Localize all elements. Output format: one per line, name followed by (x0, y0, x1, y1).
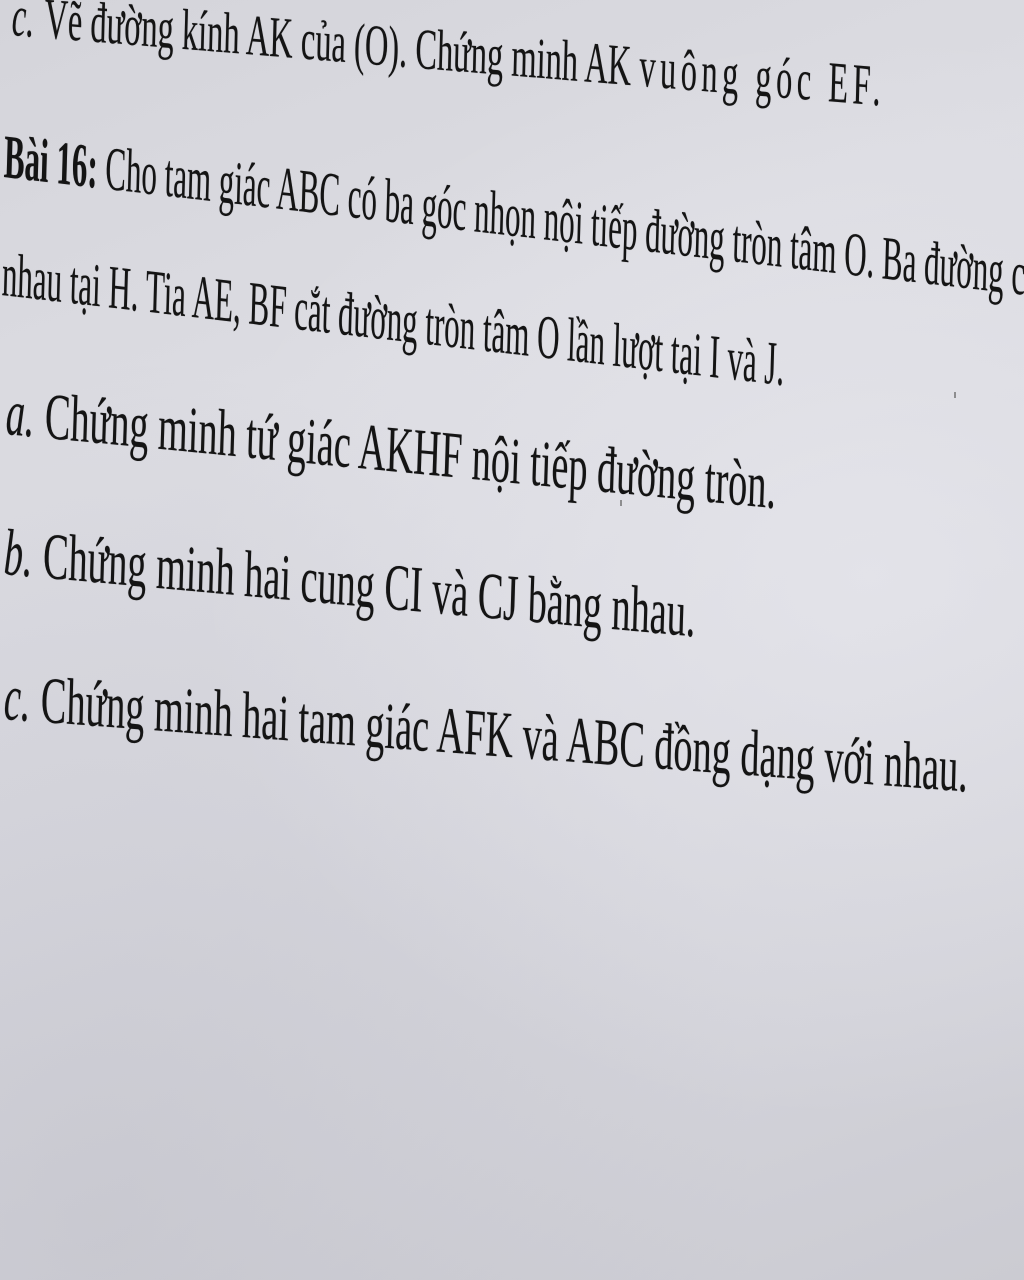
item-label: c. (11, 0, 35, 51)
part-c: c.Chứng minh hai tam giác AFK và ABC đồn… (3, 660, 969, 808)
previous-item-c: c.Vẽ đường kính AK của (O). Chứng minh A… (11, 0, 886, 120)
paper-speck (954, 392, 956, 398)
part-a: a.Chứng minh tứ giác AKHF nội tiếp đường… (5, 375, 778, 525)
part-text: Chứng minh hai cung CI và CJ bằng nhau. (42, 520, 697, 652)
part-b: b.Chứng minh hai cung CI và CJ bằng nhau… (3, 515, 697, 653)
part-text: Chứng minh hai tam giác AFK và ABC đồng … (40, 664, 969, 807)
part-label: c. (3, 660, 31, 738)
item-text-tail: vuông góc EF. (639, 34, 886, 119)
part-label: a. (5, 375, 36, 454)
problem-title: Bài 16: (3, 123, 99, 202)
part-text: Chứng minh tứ giác AKHF nội tiếp đường t… (44, 380, 777, 523)
part-label: b. (3, 515, 34, 593)
paper-speck (620, 500, 622, 506)
item-text: Vẽ đường kính AK của (O). Chứng minh AK (44, 0, 632, 98)
